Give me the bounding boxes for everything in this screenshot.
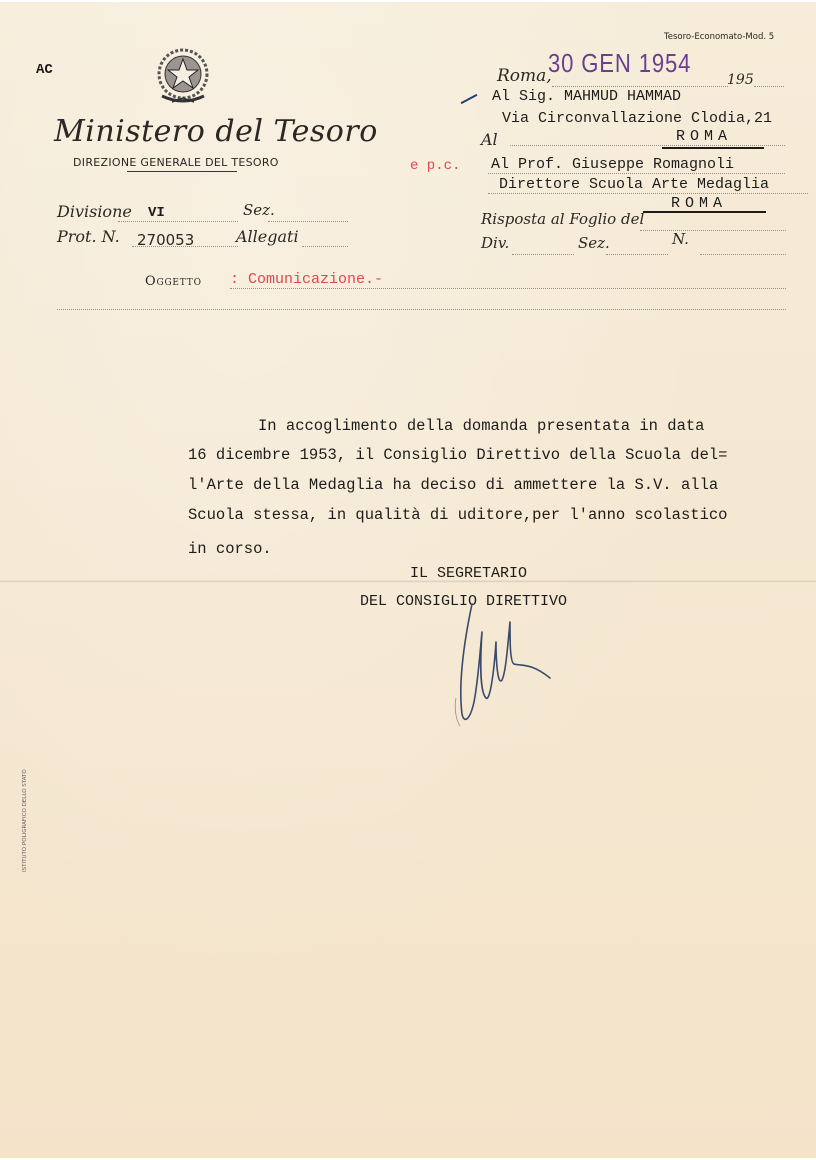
cc-city-underline (643, 211, 766, 213)
italian-republic-emblem-icon (152, 44, 214, 110)
cc-dotted-line (488, 173, 785, 174)
cc-recipient-title: Direttore Scuola Arte Medaglia (499, 176, 769, 193)
form-code: Tesoro-Economato-Mod. 5 (664, 32, 774, 42)
city-dotted-line (510, 145, 785, 146)
allegati-label: Allegati (236, 227, 299, 246)
pen-tick-mark (461, 94, 478, 104)
signatory-title: IL SEGRETARIO (410, 565, 527, 582)
recipient-city: ROMA (676, 128, 732, 145)
reply-dotted-line (640, 230, 786, 231)
cc-dotted-line-2 (488, 193, 808, 194)
protocol-label: Prot. N. (57, 227, 120, 246)
year-dotted-line (754, 86, 784, 87)
initials: AC (36, 62, 53, 78)
ministry-title: Ministero del Tesoro (54, 114, 378, 149)
subject-dotted-line (230, 288, 786, 289)
reply-to-label: Risposta al Foglio del (481, 210, 644, 228)
body-line: l'Arte della Medaglia ha deciso di ammet… (188, 476, 718, 494)
reply-div-label: Div. (481, 234, 509, 252)
recipient-city-underline (662, 147, 764, 149)
reply-sez-label: Sez. (578, 234, 610, 252)
subject-dotted-line-2 (57, 309, 786, 310)
year-prefix: 195 (727, 72, 754, 88)
cc-recipient-name: Al Prof. Giuseppe Romagnoli (491, 156, 734, 173)
cc-label: e p.c. (410, 158, 460, 174)
directorate-name: DIREZIONE GENERALE DEL TESORO (73, 156, 279, 169)
protocol-dotted-line (132, 246, 238, 247)
divisione-value: VI (148, 205, 165, 221)
sez-dotted-line (268, 221, 348, 222)
body-line: In accoglimento della domanda presentata… (258, 417, 704, 435)
letter-paper: AC Ministero del Tesoro DIREZIONE GENERA… (0, 2, 816, 1158)
city-label: Al (481, 130, 498, 149)
subject-label: Oggetto (145, 274, 202, 289)
divisione-label: Divisione (57, 202, 132, 221)
handwritten-signature-icon (450, 602, 560, 727)
reply-sez-dotted-line (606, 254, 668, 255)
place-label: Roma, (497, 66, 552, 86)
body-line: 16 dicembre 1953, il Consiglio Direttivo… (188, 446, 728, 464)
allegati-dotted-line (302, 246, 348, 247)
body-line: in corso. (188, 540, 272, 558)
subject-value: : Comunicazione.- (230, 271, 383, 288)
recipient-name: Al Sig. MAHMUD HAMMAD (492, 88, 681, 105)
divisione-dotted-line (118, 221, 238, 222)
sez-label: Sez. (243, 201, 275, 219)
recipient-address: Via Circonvallazione Clodia,21 (502, 110, 772, 127)
body-line: Scuola stessa, in qualità di uditore,per… (188, 506, 728, 524)
cc-city: ROMA (671, 195, 727, 212)
printer-mark: ISTITUTO POLIGRAFICO DELLO STATO (22, 769, 28, 872)
reply-n-label: N. (672, 230, 689, 248)
reply-n-dotted-line (700, 254, 786, 255)
letterhead-rule (127, 171, 237, 172)
date-dotted-line (552, 86, 728, 87)
reply-div-dotted-line (512, 254, 574, 255)
date-stamp: 30 GEN 1954 (548, 48, 691, 79)
paper-fold (0, 580, 816, 583)
